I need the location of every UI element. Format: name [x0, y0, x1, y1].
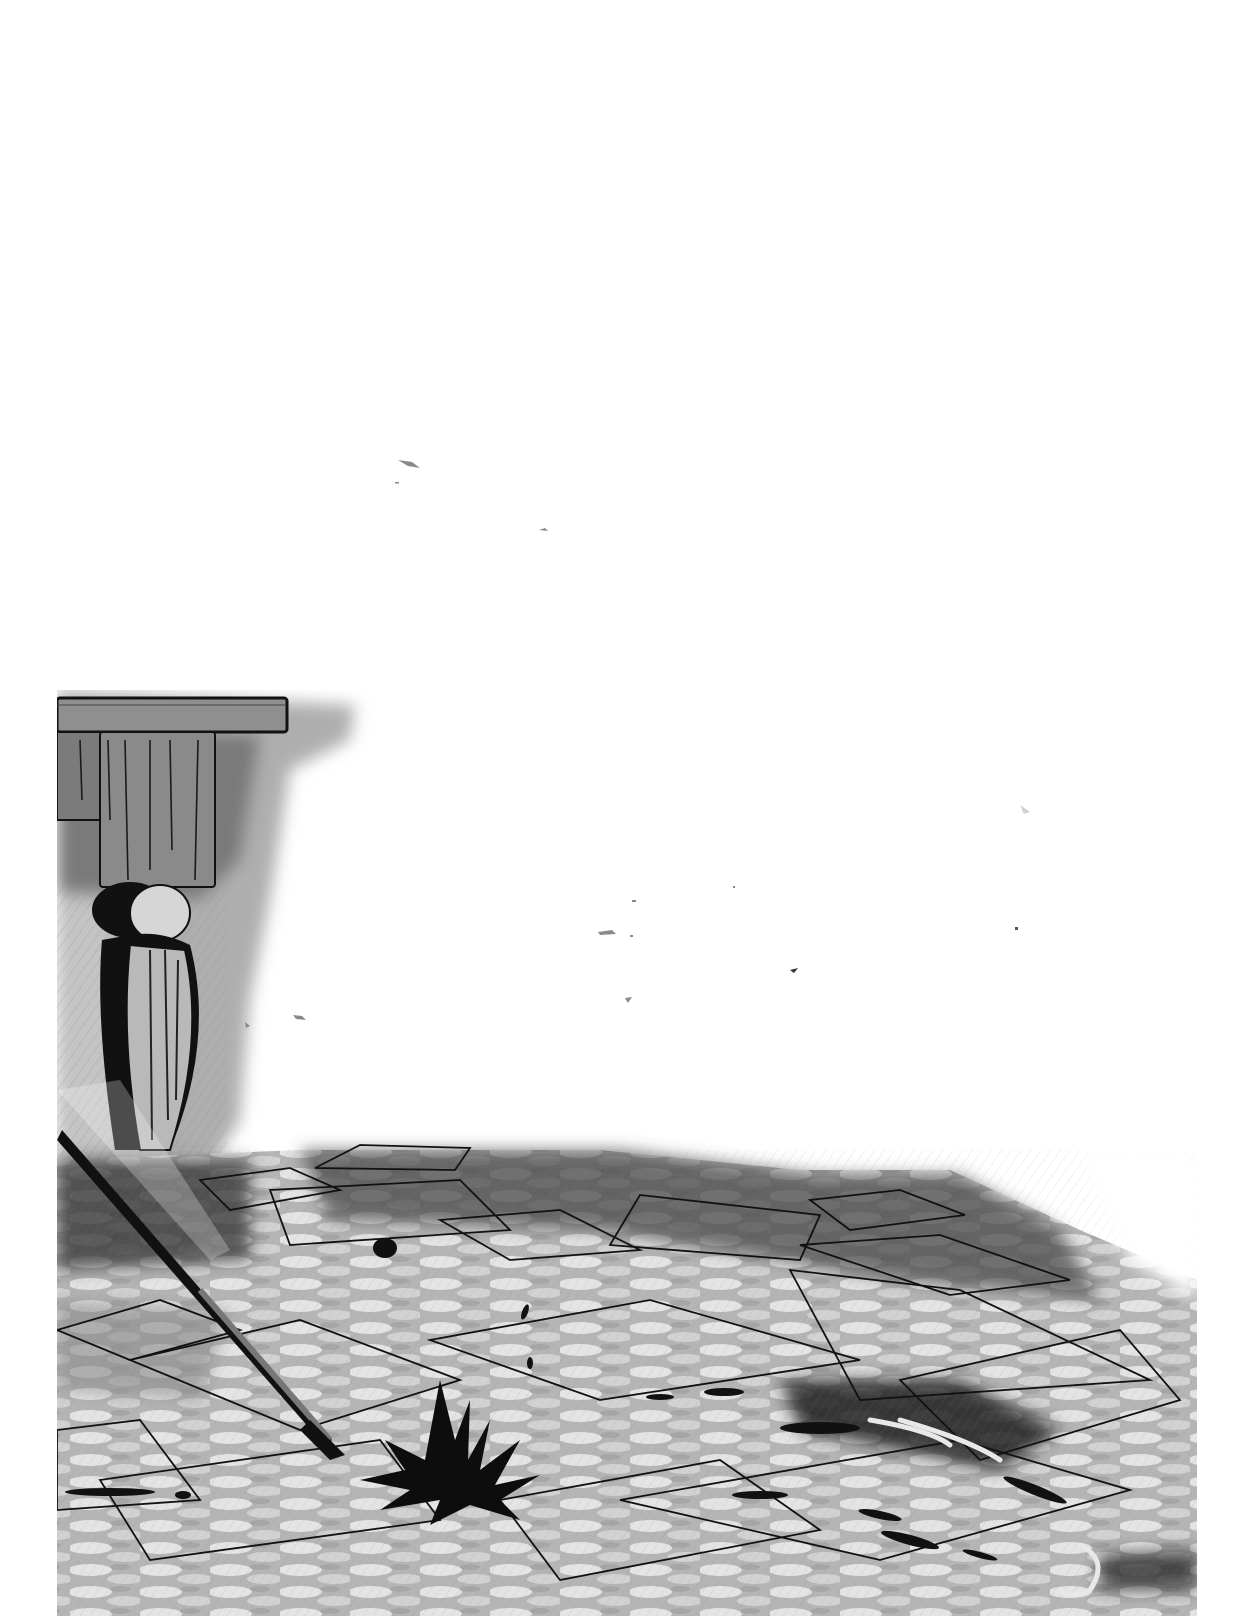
- illustration-panel: [0, 0, 1255, 1620]
- scene: [57, 690, 1197, 1616]
- manga-page: Wordless panel: corner of a wooden table…: [0, 0, 1255, 1620]
- debris-flakes: [245, 460, 1030, 1028]
- floor: [57, 1150, 1197, 1616]
